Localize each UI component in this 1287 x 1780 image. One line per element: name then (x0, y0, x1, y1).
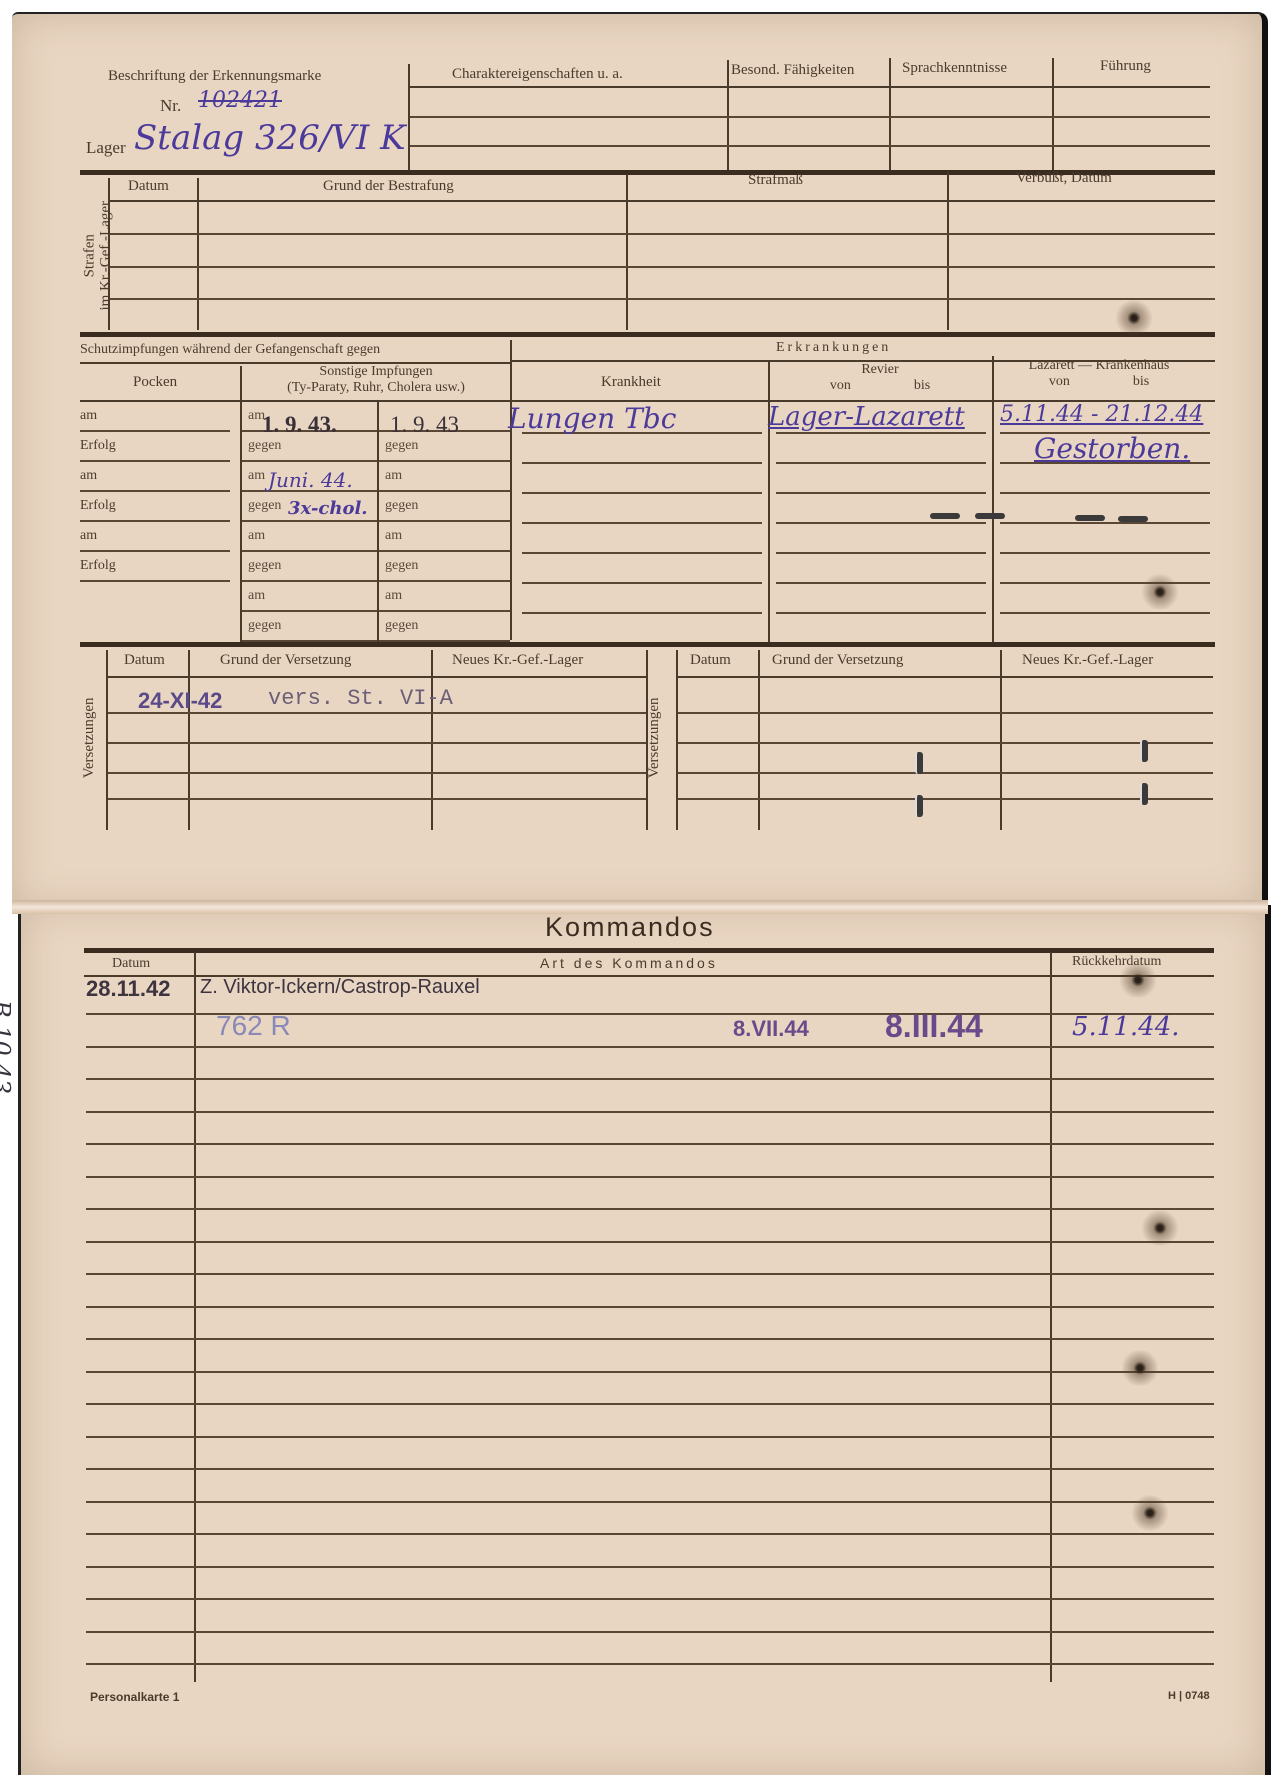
komm-row2-stamp2: 8.III.44 (885, 1008, 983, 1045)
pocken-row-label: am (80, 528, 97, 544)
rule (86, 1663, 1214, 1665)
strafen-col-datum: Datum (128, 178, 169, 195)
impf-chol: 3x-chol. (288, 498, 368, 519)
rule (108, 772, 646, 774)
rule (522, 552, 762, 554)
vers-left-col-datum: Datum (124, 652, 165, 669)
vers-right-col-grund: Grund der Versetzung (772, 652, 903, 669)
rule (80, 460, 230, 462)
rule (86, 1208, 1214, 1210)
col-lazarett: Lazarett — Krankenhaus von bis (994, 358, 1204, 390)
rule (80, 490, 230, 492)
rule (86, 1371, 1214, 1373)
versetzungen-side-label-right: Versetzungen (647, 678, 663, 798)
col-revier: Revier von bis (770, 362, 990, 394)
strafen-col-verbuesst: Verbüßt, Datum (1016, 170, 1112, 187)
krankheit-value: Lungen Tbc (508, 402, 676, 435)
revier-value: Lager-Lazarett (768, 402, 965, 432)
rule (678, 742, 1213, 744)
lazarett-value: 5.11.44 - 21.12.44 (1000, 402, 1203, 427)
rule (522, 462, 762, 464)
vers-entry-text: vers. St. VI-A (268, 686, 453, 711)
strafen-col-strafmass: Strafmaß (748, 172, 803, 189)
rule (776, 612, 986, 614)
rule (678, 798, 1213, 800)
nr-value: 102421 (198, 88, 282, 113)
rule (776, 552, 986, 554)
komm-row1-art: Z. Viktor-Ickern/Castrop-Rauxel (200, 976, 480, 999)
rule (1000, 552, 1210, 554)
impf-stamp-1: 1. 9. 43. (262, 412, 337, 438)
sonstige-b-label: am (385, 588, 402, 604)
col-sonstige: Sonstige Impfungen(Ty-Paraty, Ruhr, Chol… (245, 364, 507, 396)
sonstige-a-label: am (248, 588, 265, 604)
pocken-row-label: am (80, 408, 97, 424)
rule (1000, 582, 1210, 584)
lazarett-note: Gestorben. (1034, 432, 1190, 465)
rule (108, 742, 646, 744)
rule (776, 462, 986, 464)
rule (86, 1403, 1214, 1405)
rule (80, 580, 230, 582)
rule (80, 520, 230, 522)
vers-right-col-lager: Neues Kr.-Gef.-Lager (1022, 652, 1153, 669)
sonstige-b-label: gegen (385, 438, 418, 454)
sonstige-a-label: am (248, 468, 265, 484)
rule (86, 1468, 1214, 1470)
rule (86, 1241, 1214, 1243)
punch-hole (1114, 300, 1154, 336)
rule (86, 1338, 1214, 1340)
sonstige-a-label: gegen (248, 498, 281, 514)
punch-hole (1140, 574, 1180, 610)
rule (242, 610, 510, 612)
rule (86, 1436, 1214, 1438)
strafen-col-grund: Grund der Bestrafung (323, 178, 454, 195)
lager-label: Lager (86, 138, 126, 158)
rule (776, 582, 986, 584)
rule (86, 1111, 1214, 1113)
impfungen-title: Schutzimpfungen während der Gefangenscha… (80, 342, 380, 358)
rule (776, 522, 986, 524)
punch-hole (1140, 1210, 1180, 1246)
rule (1000, 492, 1210, 494)
pocken-row-label: am (80, 468, 97, 484)
footer-right: H | 0748 (1168, 1690, 1210, 1702)
side-note: B.10.43. (0, 1000, 15, 1102)
col-sprachen: Sprachkenntnisse (902, 60, 1007, 77)
rule (242, 460, 510, 462)
sonstige-b-label: am (385, 528, 402, 544)
rule (86, 1631, 1214, 1633)
vers-right-col-datum: Datum (690, 652, 731, 669)
vers-entry-stamp: 24-XI-42 (138, 688, 222, 714)
komm-row2-art: 762 R (216, 1010, 291, 1042)
nr-label: Nr. (160, 96, 181, 116)
rule (776, 432, 986, 434)
rule (86, 1501, 1214, 1503)
rule (86, 1533, 1214, 1535)
pocken-row-label: Erfolg (80, 558, 116, 574)
versetzungen-side-label-left: Versetzungen (82, 678, 98, 798)
rule (86, 1566, 1214, 1568)
vers-left-col-grund: Grund der Versetzung (220, 652, 351, 669)
rule (1000, 522, 1210, 524)
kommandos-col-art: Art des Kommandos (540, 955, 718, 971)
rule (80, 430, 230, 432)
col-charakter: Charaktereigenschaften u. a. (452, 66, 623, 83)
rule (522, 522, 762, 524)
punch-hole (1130, 1495, 1170, 1531)
col-faehigkeiten: Besond. Fähigkeiten (731, 62, 854, 79)
rule (86, 1046, 1214, 1048)
col-fuehrung: Führung (1100, 58, 1151, 75)
col-krankheit: Krankheit (601, 374, 661, 391)
sonstige-b-label: am (385, 468, 402, 484)
punch-hole (1120, 1350, 1160, 1386)
impf-stamp-2: 1. 9. 43 (390, 412, 459, 438)
rule (522, 582, 762, 584)
rule (776, 492, 986, 494)
sonstige-a-label: am (248, 528, 265, 544)
rule (86, 1176, 1214, 1178)
vers-left-col-lager: Neues Kr.-Gef.-Lager (452, 652, 583, 669)
sonstige-a-label: gegen (248, 618, 281, 634)
komm-row1-datum: 28.11.42 (86, 976, 170, 1002)
rule (522, 492, 762, 494)
rule (86, 1598, 1214, 1600)
impf-juni: Juni. 44. (268, 468, 353, 492)
rule (678, 712, 1213, 714)
sonstige-a-label: gegen (248, 438, 281, 454)
sonstige-b-label: gegen (385, 558, 418, 574)
sonstige-b-label: gegen (385, 498, 418, 514)
pocken-row-label: Erfolg (80, 438, 116, 454)
komm-row2-stamp1: 8.VII.44 (733, 1016, 809, 1042)
rule (86, 1143, 1214, 1145)
rule (522, 612, 762, 614)
kommandos-col-datum: Datum (112, 956, 150, 972)
rule (80, 550, 230, 552)
punch-hole (1118, 962, 1158, 998)
rule (108, 798, 646, 800)
erkrankungen-title: Erkrankungen (776, 340, 891, 356)
rule (678, 772, 1213, 774)
komm-row2-rueckkehr: 5.11.44. (1072, 1012, 1180, 1042)
rule (242, 550, 510, 552)
tag-label: Beschriftung der Erkennungsmarke (108, 68, 321, 85)
lager-value: Stalag 326/VI K (134, 118, 406, 158)
rule (242, 580, 510, 582)
kommandos-title: Kommandos (545, 912, 715, 943)
rule (86, 1306, 1214, 1308)
rule (1000, 612, 1210, 614)
pocken-row-label: Erfolg (80, 498, 116, 514)
footer-left: Personalkarte 1 (90, 1690, 179, 1704)
rule (108, 676, 646, 678)
sonstige-a-label: gegen (248, 558, 281, 574)
rule (86, 1078, 1214, 1080)
rule (242, 520, 510, 522)
col-pocken: Pocken (133, 374, 177, 391)
sonstige-b-label: gegen (385, 618, 418, 634)
rule (86, 1273, 1214, 1275)
rule (678, 676, 1213, 678)
